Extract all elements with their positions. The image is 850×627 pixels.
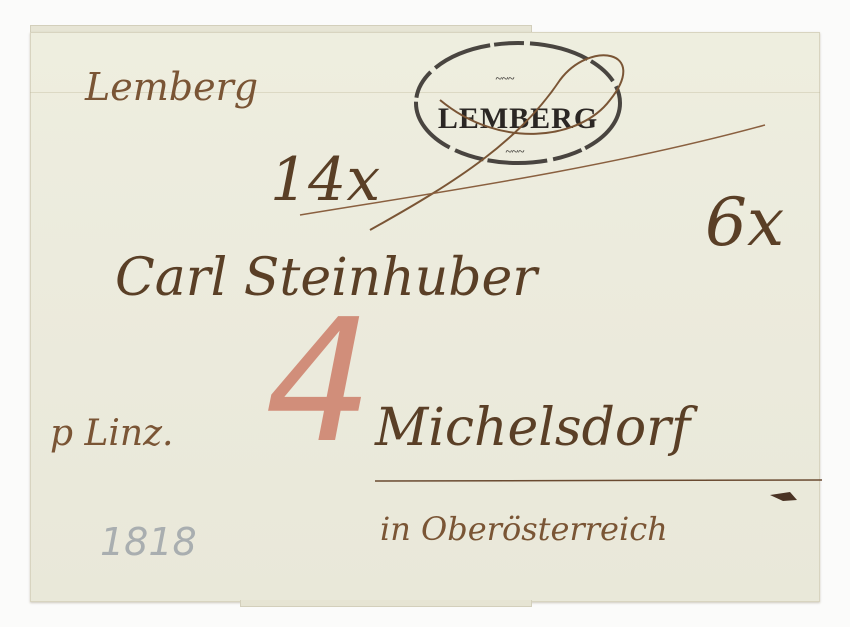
second-rate-marking: 6x (705, 184, 784, 261)
postmark-ornament: ~~~ (506, 144, 525, 158)
pencil-year: 1818 (100, 520, 197, 564)
addressee-town: Michelsdorf (374, 398, 698, 458)
ink-blot (770, 492, 797, 501)
handwriting-layer: LEMBERG ~~~ ~~~ Lemberg 14x 6x 4 Carl St… (0, 0, 850, 627)
underline (375, 480, 822, 481)
addressee-name: Carl Steinhuber (115, 248, 540, 308)
routing-note: p Linz. (50, 413, 174, 454)
origin-manuscript: Lemberg (84, 65, 258, 109)
addressee-region: in Oberösterreich (380, 510, 668, 548)
lemberg-postmark: LEMBERG ~~~ ~~~ (416, 43, 620, 163)
rate-marking: 14x (270, 145, 380, 215)
red-crayon-marking: 4 (265, 283, 373, 481)
postmark-ornament: ~~~ (496, 71, 515, 85)
